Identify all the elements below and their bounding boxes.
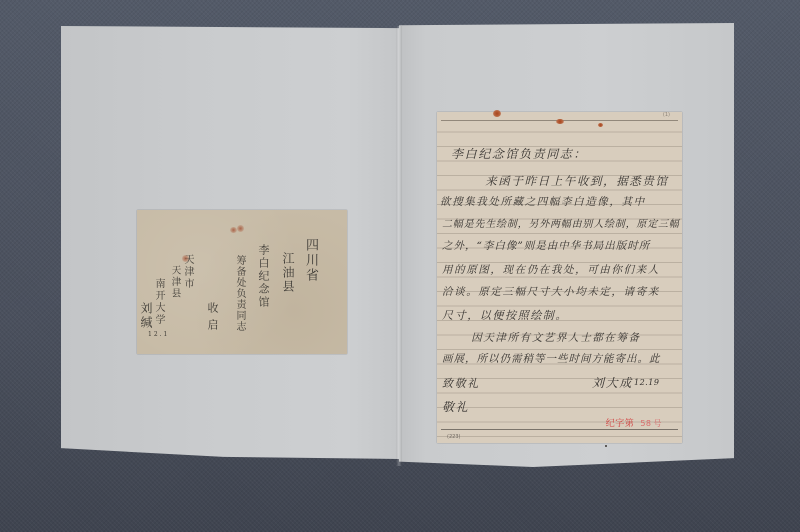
letter: (1) 李白纪念馆负责同志： 来函于昨日上午收到，据悉贵馆 欲搜集我处所藏之四幅… [437, 112, 682, 443]
envelope-institution: 李白纪念馆 [258, 244, 269, 309]
letter-line: 来函于昨日上午收到，据悉贵馆 [459, 173, 669, 189]
stamp-suffix: 号 [654, 419, 663, 428]
letter-line: 用的原图，现在仍在我处，可由你们来人 [442, 262, 660, 277]
archive-stamp: 纪字第58号 [606, 416, 662, 429]
envelope-province: 四川省 [304, 238, 317, 283]
letter-closing: 敬礼 [442, 398, 469, 415]
letter-signature: 刘大成 [592, 374, 633, 391]
letter-line: 洽谈。原定三幅尺寸大小均未定，请寄来 [442, 284, 660, 299]
envelope-sender-district: 天津县 [170, 265, 180, 300]
letter-line: 李白纪念馆负责同志： [451, 145, 587, 162]
envelope-sender-name: 刘缄 [140, 302, 152, 330]
letter-footer-rule [441, 429, 678, 430]
envelope-recipient: 筹备处负责同志 [234, 255, 244, 332]
envelope-sender-date: 12.1 [148, 332, 169, 338]
letter-footer-mark: (223) [447, 434, 460, 440]
envelope-sender-city: 天津市 [182, 254, 192, 290]
stamp-label: 纪字第 [606, 419, 635, 429]
stain-mark [556, 119, 564, 124]
letter-line: 致敬礼 [442, 375, 480, 391]
envelope: 四川省 江油县 李白纪念馆 筹备处负责同志 收启 天津市 天津县 南开大学 刘缄… [137, 210, 347, 354]
letter-date: 12.19 [634, 378, 659, 387]
envelope-salutation: 收启 [207, 302, 218, 336]
folder-spine [396, 26, 402, 466]
stain-mark [598, 123, 603, 127]
ink-dot [605, 445, 607, 447]
letter-line: 画展，所以仍需稍等一些时间方能寄出。此 [442, 351, 661, 366]
letter-line: 欲搜集我处所藏之四幅李白造像，其中 [440, 194, 646, 209]
envelope-sender-org: 南开大学 [153, 278, 163, 326]
letter-page-mark: (1) [663, 112, 670, 118]
letter-line: 尺寸，以便按照绘制。 [442, 307, 568, 323]
letter-line: 之外，“李白像”则是由中华书局出版时所 [442, 238, 650, 253]
envelope-county: 江油县 [282, 252, 294, 294]
letter-line: 二幅是先生绘制，另外两幅由别人绘制，原定三幅 [442, 215, 680, 230]
stain-mark [493, 110, 501, 117]
stamp-number: 58 [640, 419, 651, 428]
stain-mark [237, 225, 244, 232]
stain-mark [230, 227, 237, 233]
letter-line: 因天津所有文艺界人士都在筹备 [447, 330, 641, 345]
